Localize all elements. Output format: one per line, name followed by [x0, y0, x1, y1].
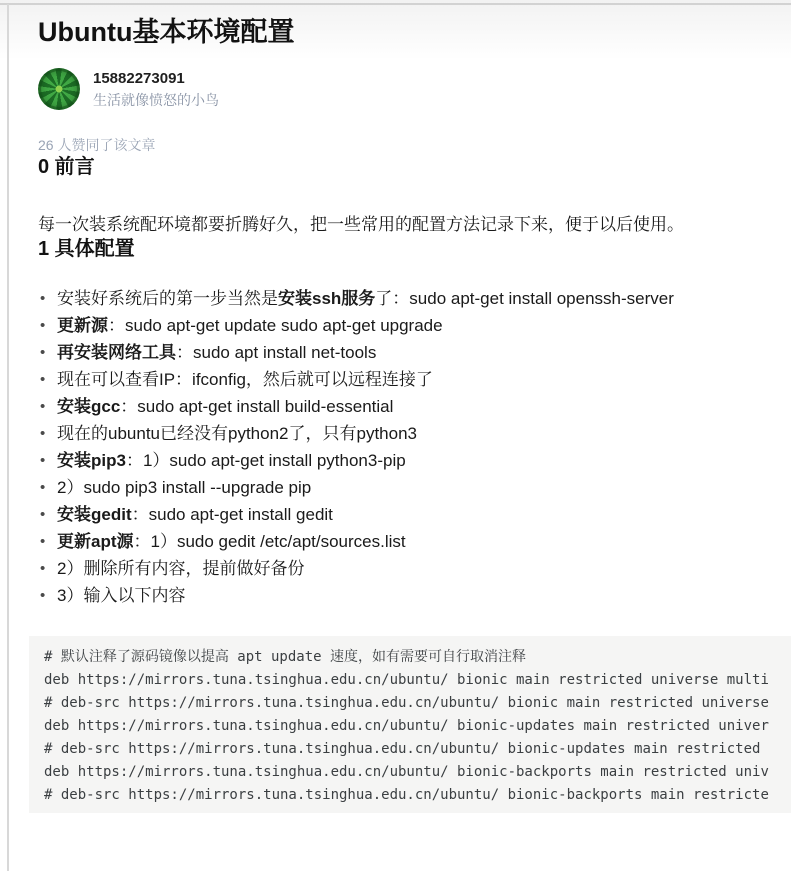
code-line: # deb-src https://mirrors.tuna.tsinghua.… — [44, 738, 791, 761]
section-heading-config: 1 具体配置 — [38, 237, 791, 261]
list-item: 2）sudo pip3 install --upgrade pip — [38, 474, 791, 501]
list-item-bold-text: 更新apt源 — [57, 532, 134, 551]
list-item: 现在可以查看IP：ifconfig，然后就可以远程连接了 — [38, 366, 791, 393]
list-item: 安装gedit：sudo apt-get install gedit — [38, 501, 791, 528]
config-list: 安装好系统后的第一步当然是安装ssh服务了：sudo apt-get insta… — [38, 285, 791, 609]
section-heading-preface: 0 前言 — [38, 155, 791, 179]
list-item: 现在的ubuntu已经没有python2了，只有python3 — [38, 420, 791, 447]
list-item: 安装gcc：sudo apt-get install build-essenti… — [38, 393, 791, 420]
article-content: Ubuntu基本环境配置 15882273091 生活就像愤怒的小鸟 26 人赞… — [9, 0, 791, 871]
list-item: 更新源：sudo apt-get update sudo apt-get upg… — [38, 312, 791, 339]
list-item-bold-text: 安装gedit — [57, 505, 132, 524]
list-item-text: ：sudo apt-get install gedit — [132, 505, 333, 524]
list-item-text: ：1）sudo apt-get install python3-pip — [126, 451, 406, 470]
list-item-bold-text: 再安装网络工具 — [57, 343, 176, 362]
list-item: 2）删除所有内容，提前做好备份 — [38, 555, 791, 582]
list-item: 再安装网络工具：sudo apt install net-tools — [38, 339, 791, 366]
list-item-text: ：sudo apt install net-tools — [176, 343, 376, 362]
preface-paragraph: 每一次装系统配环境都要折腾好久，把一些常用的配置方法记录下来，便于以后使用。 — [38, 213, 791, 237]
list-item-bold-text: 安装ssh服务 — [278, 289, 375, 308]
likes-count: 26 人赞同了该文章 — [38, 135, 791, 155]
list-item: 安装好系统后的第一步当然是安装ssh服务了：sudo apt-get insta… — [38, 285, 791, 312]
list-item-text: 了：sudo apt-get install openssh-server — [375, 289, 674, 308]
code-line: # 默认注释了源码镜像以提高 apt update 速度，如有需要可自行取消注释 — [44, 646, 791, 669]
list-item-text: 3）输入以下内容 — [57, 586, 185, 605]
list-item-text: ：sudo apt-get install build-essential — [120, 397, 393, 416]
code-line: deb https://mirrors.tuna.tsinghua.edu.cn… — [44, 761, 791, 784]
list-item-text: ：1）sudo gedit /etc/apt/sources.list — [134, 532, 406, 551]
code-line: deb https://mirrors.tuna.tsinghua.edu.cn… — [44, 715, 791, 738]
list-item-text: 现在的ubuntu已经没有python2了，只有python3 — [57, 424, 417, 443]
list-item: 3）输入以下内容 — [38, 582, 791, 609]
list-item-text: ：sudo apt-get update sudo apt-get upgrad… — [108, 316, 443, 335]
list-item-bold-text: 安装pip3 — [57, 451, 126, 470]
list-item: 更新apt源：1）sudo gedit /etc/apt/sources.lis… — [38, 528, 791, 555]
article-title: Ubuntu基本环境配置 — [38, 17, 791, 48]
author-tagline: 生活就像愤怒的小鸟 — [93, 92, 219, 109]
page-container: Ubuntu基本环境配置 15882273091 生活就像愤怒的小鸟 26 人赞… — [0, 0, 791, 871]
list-item-text: 安装好系统后的第一步当然是 — [57, 289, 278, 308]
code-line: # deb-src https://mirrors.tuna.tsinghua.… — [44, 692, 791, 715]
list-item-text: 现在可以查看IP：ifconfig，然后就可以远程连接了 — [57, 370, 433, 389]
code-line: deb https://mirrors.tuna.tsinghua.edu.cn… — [44, 669, 791, 692]
list-item-text: 2）sudo pip3 install --upgrade pip — [57, 478, 311, 497]
list-item-bold-text: 更新源 — [57, 316, 108, 335]
list-item-bold-text: 安装gcc — [57, 397, 120, 416]
code-block: # 默认注释了源码镜像以提高 apt update 速度，如有需要可自行取消注释… — [29, 636, 791, 813]
list-item: 安装pip3：1）sudo apt-get install python3-pi… — [38, 447, 791, 474]
author-avatar[interactable] — [38, 68, 80, 110]
author-row: 15882273091 生活就像愤怒的小鸟 — [38, 68, 791, 110]
author-name[interactable]: 15882273091 — [93, 70, 219, 88]
author-meta: 15882273091 生活就像愤怒的小鸟 — [93, 70, 219, 109]
list-item-text: 2）删除所有内容，提前做好备份 — [57, 559, 304, 578]
code-line: # deb-src https://mirrors.tuna.tsinghua.… — [44, 784, 791, 807]
